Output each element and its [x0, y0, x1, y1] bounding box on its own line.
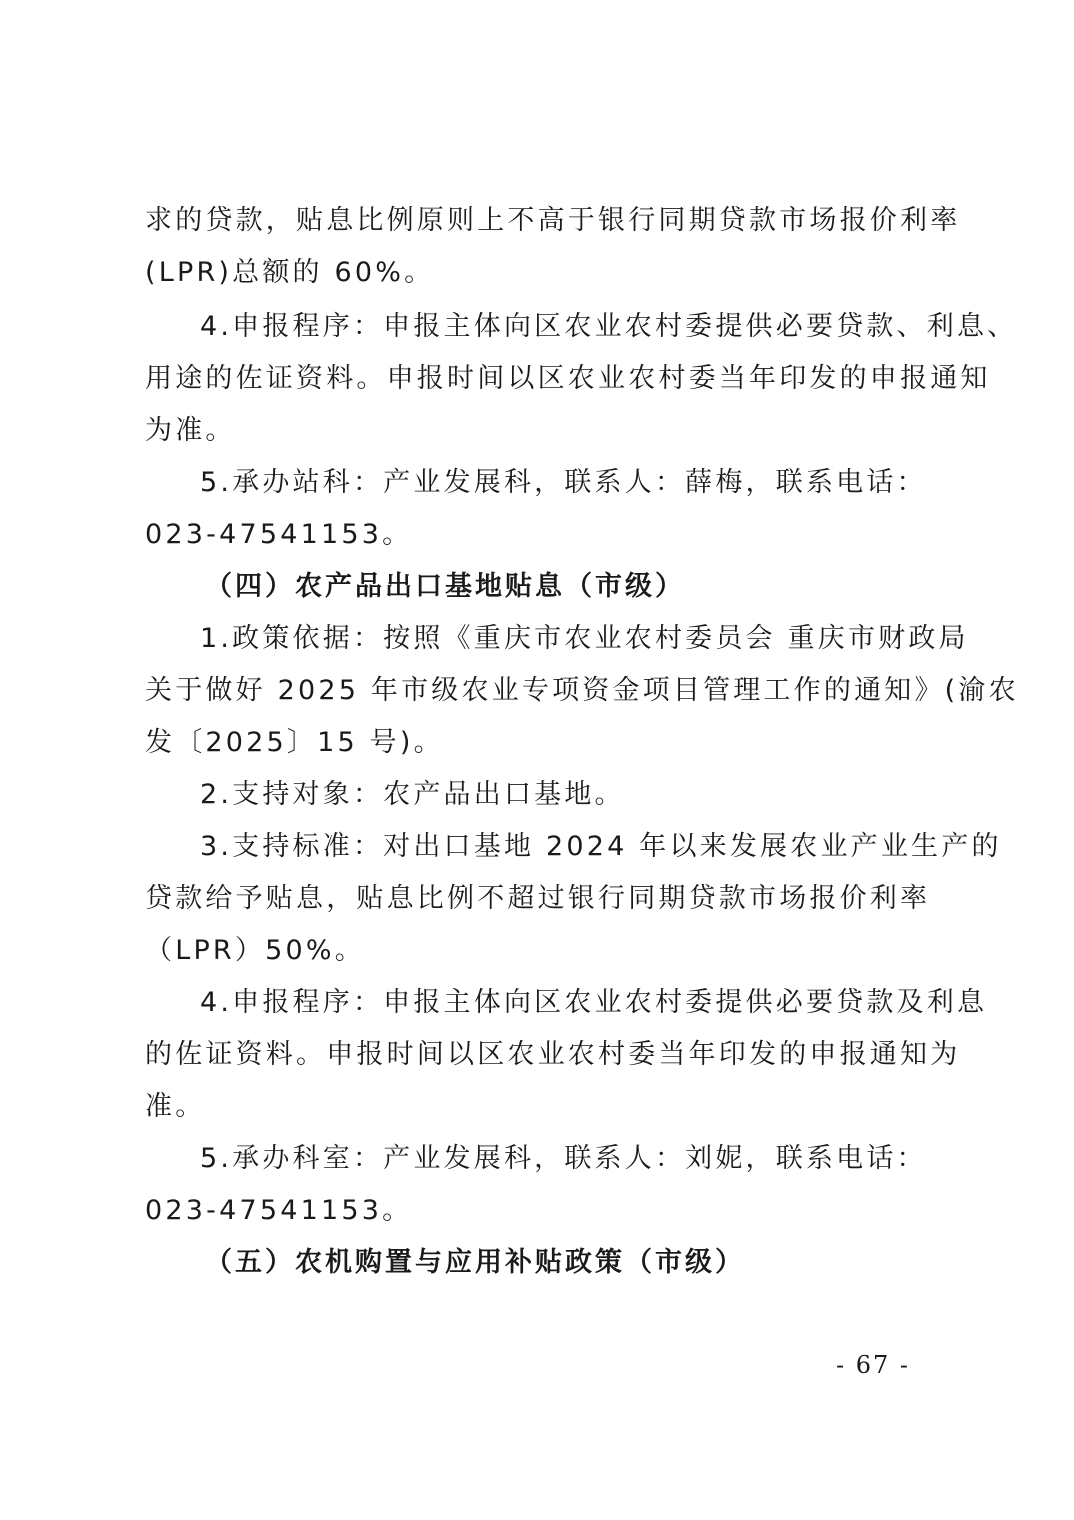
paragraph-line: 4.申报程序：申报主体向区农业农村委提供必要贷款及利息: [200, 985, 987, 1021]
paragraph-line: 贷款给予贴息，贴息比例不超过银行同期贷款市场报价利率: [145, 881, 930, 917]
paragraph-line: 2.支持对象：农产品出口基地。: [200, 777, 625, 813]
page-number: - 67 -: [836, 1350, 910, 1380]
paragraph-line: 发〔2025〕15 号)。: [145, 725, 444, 761]
paragraph-line: 用途的佐证资料。申报时间以区农业农村委当年印发的申报通知: [145, 361, 991, 397]
paragraph-line: 5.承办站科：产业发展科，联系人：薛梅，联系电话：: [200, 465, 927, 501]
paragraph-line: （LPR）50%。: [145, 933, 365, 969]
paragraph-line: 准。: [145, 1089, 205, 1125]
section-heading: （五）农机购置与应用补贴政策（市级）: [205, 1245, 745, 1281]
paragraph-line: 1.政策依据：按照《重庆市农业农村委员会 重庆市财政局: [200, 621, 969, 657]
paragraph-line: (LPR)总额的 60%。: [145, 255, 434, 291]
paragraph-line: 关于做好 2025 年市级农业专项资金项目管理工作的通知》(渝农: [145, 673, 1019, 709]
section-heading: （四）农产品出口基地贴息（市级）: [205, 569, 685, 605]
paragraph-line: 4.申报程序：申报主体向区农业农村委提供必要贷款、利息、: [200, 309, 1017, 345]
paragraph-line: 023-47541153。: [145, 517, 412, 553]
paragraph-line: 为准。: [145, 413, 236, 449]
paragraph-line: 求的贷款，贴息比例原则上不高于银行同期贷款市场报价利率: [145, 203, 960, 239]
document-page: 求的贷款，贴息比例原则上不高于银行同期贷款市场报价利率 (LPR)总额的 60%…: [0, 0, 1074, 1520]
paragraph-line: 023-47541153。: [145, 1193, 412, 1229]
paragraph-line: 5.承办科室：产业发展科，联系人：刘妮，联系电话：: [200, 1141, 927, 1177]
paragraph-line: 的佐证资料。申报时间以区农业农村委当年印发的申报通知为: [145, 1037, 960, 1073]
paragraph-line: 3.支持标准：对出口基地 2024 年以来发展农业产业生产的: [200, 829, 1002, 865]
